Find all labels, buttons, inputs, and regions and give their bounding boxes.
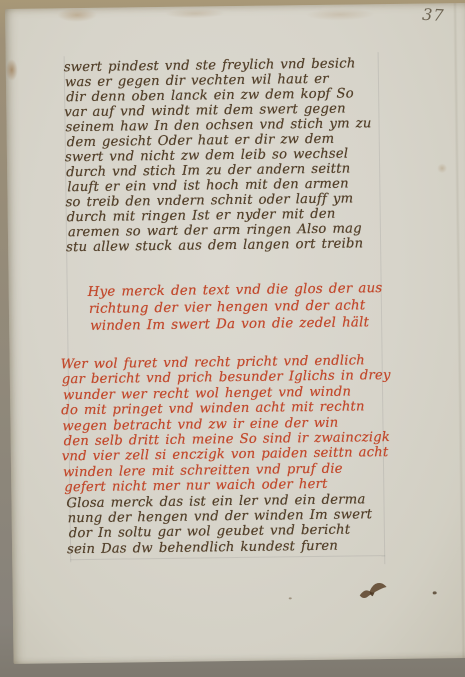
ink-blot-shape bbox=[358, 580, 390, 604]
paragraph-glosa: Glosa merck das ist ein ler vnd ein derm… bbox=[67, 492, 372, 557]
text-line: sein Das dw behendlich kundest furen bbox=[67, 538, 372, 557]
ink-speck bbox=[433, 591, 437, 594]
page-crease bbox=[453, 3, 465, 658]
parchment-stain bbox=[305, 8, 375, 21]
parchment-stain bbox=[57, 8, 97, 23]
text-line: stu allew stuck aus dem langen ort treib… bbox=[66, 236, 372, 255]
paragraph-rubric-heading: Hye merck den text vnd die glos der ausr… bbox=[89, 280, 384, 335]
ink-speck bbox=[289, 597, 292, 599]
paragraph-verse: Wer wol furet vnd recht pricht vnd endli… bbox=[62, 353, 393, 496]
photo-background: 37 swert pindest vnd ste freylich vnd be… bbox=[0, 0, 465, 677]
text-line: winden Im swert Da von die zedel hält bbox=[90, 314, 385, 335]
folio-number: 37 bbox=[422, 5, 445, 25]
parchment-stain bbox=[437, 163, 447, 173]
manuscript-page: 37 swert pindest vnd ste freylich vnd be… bbox=[5, 3, 465, 664]
parchment-stain bbox=[165, 8, 225, 19]
parchment-stain bbox=[6, 59, 18, 81]
paragraph-main-gloss: swert pindest vnd ste freylich vnd besic… bbox=[65, 56, 374, 255]
ink-blot-icon bbox=[358, 580, 390, 604]
